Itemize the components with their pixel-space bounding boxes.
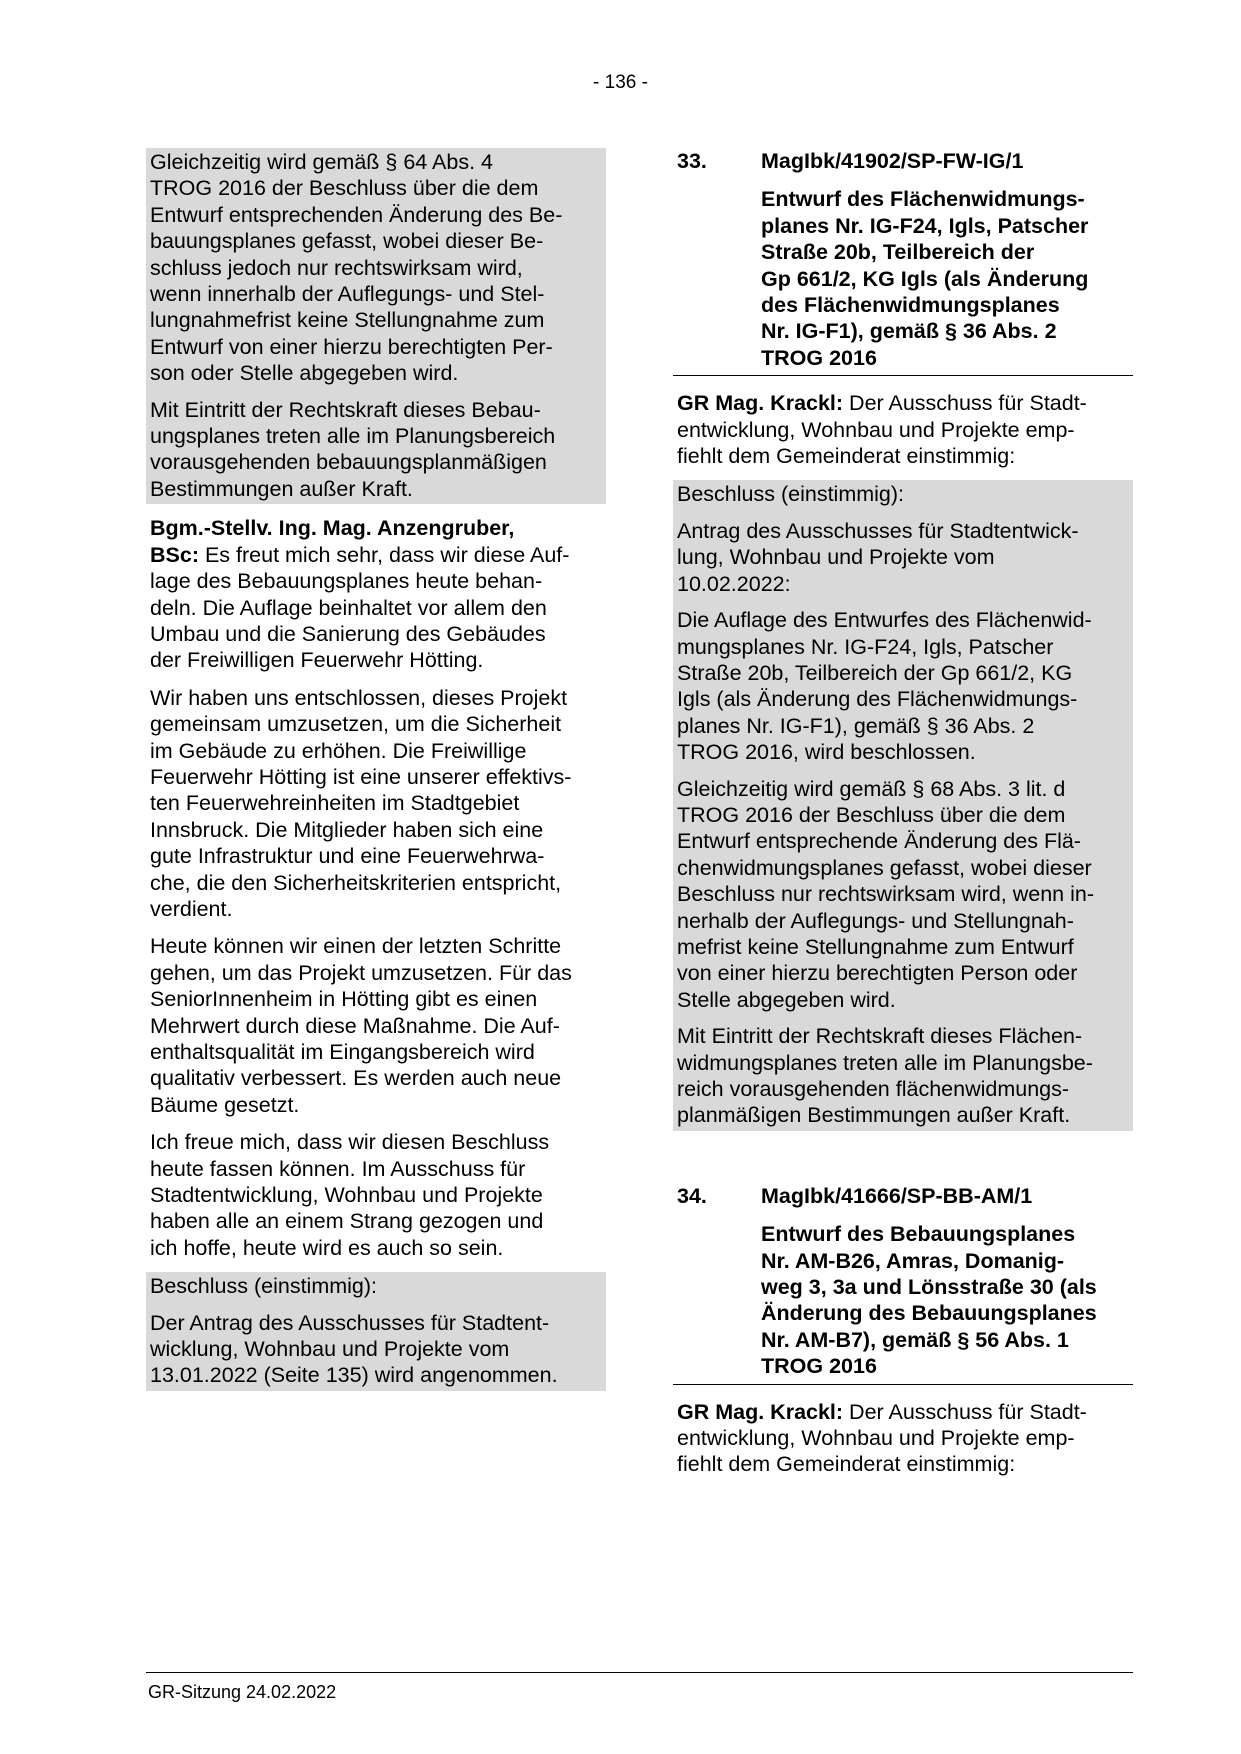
page-number: - 136 - [0,72,1241,94]
agenda-item-reference: MagIbk/41666/SP-BB-AM/1 [761,1183,1032,1209]
paragraph-legal-effect: Mit Eintritt der Rechtskraft dieses Beba… [146,397,606,503]
footer-divider [146,1672,1133,1673]
agenda-item-reference: MagIbk/41902/SP-FW-IG/1 [761,148,1023,174]
right-column: 33. MagIbk/41902/SP-FW-IG/1 Entwurf des … [673,148,1133,1489]
speech-paragraph: GR Mag. Krackl: Der Ausschuss für Stadt-… [673,390,1133,469]
agenda-item-number: 34. [673,1183,761,1209]
speaker-name: GR Mag. Krackl: [677,391,843,415]
agenda-item-header: 33. MagIbk/41902/SP-FW-IG/1 [673,148,1133,174]
speech-text: Es freut mich sehr, dass wir diese Auf- … [150,543,569,673]
speech-paragraph: Ich freue mich, dass wir diesen Beschlus… [146,1129,606,1261]
paragraph-resolution-effect: Gleichzeitig wird gemäß § 64 Abs. 4 TROG… [146,149,606,387]
resolution-paragraph: Die Auflage des Entwurfes des Flächenwid… [673,607,1133,765]
resolution-paragraph: Gleichzeitig wird gemäß § 68 Abs. 3 lit.… [673,776,1133,1014]
footer-session-date: GR-Sitzung 24.02.2022 [148,1682,336,1703]
resolution-text-block: Gleichzeitig wird gemäß § 64 Abs. 4 TROG… [146,148,606,504]
resolution-paragraph: Mit Eintritt der Rechtskraft dieses Fläc… [673,1023,1133,1129]
agenda-item-title: Entwurf des Bebauungsplanes Nr. AM-B26, … [761,1221,1133,1383]
speech-paragraph: Heute können wir einen der letzten Schri… [146,933,606,1118]
resolution-block: Beschluss (einstimmig): Der Antrag des A… [146,1272,606,1391]
resolution-text: Der Antrag des Ausschusses für Stadtent-… [146,1310,606,1389]
resolution-paragraph: Antrag des Ausschusses für Stadtentwick-… [673,518,1133,597]
resolution-block: Beschluss (einstimmig): Antrag des Aussc… [673,480,1133,1130]
speech-paragraph: Bgm.-Stellv. Ing. Mag. Anzengruber, BSc:… [146,515,606,673]
resolution-label: Beschluss (einstimmig): [146,1273,606,1299]
divider [673,375,1133,376]
speech-paragraph: Wir haben uns entschlossen, dieses Proje… [146,685,606,923]
agenda-item-title: Entwurf des Flächenwidmungs- planes Nr. … [761,186,1133,375]
agenda-item-34: 34. MagIbk/41666/SP-BB-AM/1 Entwurf des … [673,1183,1133,1478]
resolution-label: Beschluss (einstimmig): [673,481,1133,507]
agenda-item-header: 34. MagIbk/41666/SP-BB-AM/1 [673,1183,1133,1209]
speaker-name: GR Mag. Krackl: [677,1400,843,1424]
left-column: Gleichzeitig wird gemäß § 64 Abs. 4 TROG… [146,148,606,1402]
agenda-item-33: 33. MagIbk/41902/SP-FW-IG/1 Entwurf des … [673,148,1133,1131]
divider [673,1384,1133,1385]
agenda-item-number: 33. [673,148,761,174]
speech-paragraph: GR Mag. Krackl: Der Ausschuss für Stadt-… [673,1399,1133,1478]
